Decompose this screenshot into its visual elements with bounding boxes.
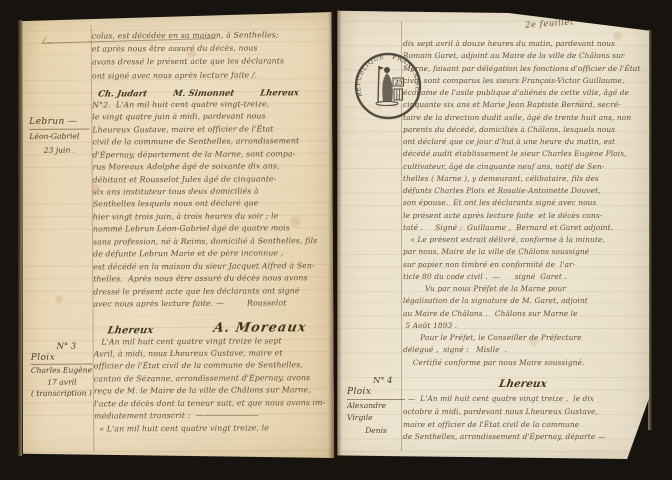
margin-surname: Ploix (31, 352, 93, 365)
act-entry-3-ploix-transcription: L'An mil huit cent quatre vingt treize l… (94, 335, 331, 436)
manuscript-line: ont déclaré que ce jour d'hui à une heur… (403, 136, 643, 148)
manuscript-line: « L'an mil huit cent quatre vingt treize… (94, 422, 330, 436)
manuscript-line: taire de la direction dudit asile, âgé d… (403, 112, 643, 124)
manuscript-line: défunts Charles Ploix et Rosalie-Antoine… (403, 185, 643, 197)
svg-text:c: c (396, 95, 399, 101)
manuscript-line: thelles ( Marne ), y demeurant, célibata… (403, 173, 643, 185)
manuscript-line: Pour le Préfet, le Conseiller de Préfect… (403, 332, 643, 344)
margin-annotation: ( transcription ) (31, 388, 93, 400)
manuscript-line: délégué , signé : Mislle . (403, 344, 643, 356)
manuscript-line: le présent acte après lecture faite et l… (403, 210, 643, 222)
binding-gutter-shadow (328, 8, 342, 460)
manuscript-line: son épouse. Et ont les déclarants signé … (403, 197, 643, 209)
manuscript-line: civil de la commune de Senthelles, arron… (92, 135, 328, 149)
manuscript-line: l'acte de décès dont la teneur suit, et … (94, 397, 330, 411)
manuscript-line: Certifié conforme par nous Maire soussig… (403, 357, 643, 369)
act-entry-3-continuation: dix sept avril à douze heures du matin, … (403, 38, 643, 369)
manuscript-line: thelles. Après nous être assuré du décès… (93, 272, 329, 286)
signature: Ch. Judart (97, 89, 148, 99)
manuscript-line: légalisation de la signature de M. Garet… (403, 295, 643, 307)
manuscript-line: maire et officier de l'État civil de la … (403, 419, 643, 432)
signature: A. Moreaux (212, 320, 308, 336)
signature-row: Lhereux A. Moreaux (93, 310, 329, 336)
manuscript-line: décédé audit établissement le sieur Char… (403, 148, 643, 160)
manuscript-line: ticle 80 du code civil . — signé Garet . (403, 271, 643, 283)
manuscript-line: sur papier non timbré en conformité de l… (403, 259, 643, 271)
manuscript-line: parents du décédé, domiciliés à Châlons,… (403, 124, 643, 136)
margin-note-lebrun: Lebrun — Léon-Gabriel 23 juin . (29, 115, 89, 158)
act-entry-end: colas, est décédée en sa maison, à Senth… (92, 28, 328, 82)
manuscript-line: dix sept avril à douze heures du matin, … (403, 38, 643, 50)
signature: Lhereux (107, 325, 154, 336)
manuscript-line: cultivateur, âgé de cinquante neuf ans, … (403, 161, 643, 173)
manuscript-line: octobre à midi, pardevant nous Lheureux … (403, 406, 643, 419)
signature: Lhereux (259, 88, 299, 98)
right-page-text-column: dix sept avril à douze heures du matin, … (403, 38, 643, 444)
manuscript-line: Marne, faisant par délégation les foncti… (403, 63, 643, 75)
signature-row: Lhereux (403, 371, 643, 390)
manuscript-line: par nous, Maire de la ville de Châlons s… (403, 246, 643, 258)
margin-given-name: Charles Eugène (31, 365, 93, 377)
margin-surname: Ploix (347, 386, 405, 399)
margin-given-name: Léon-Gabriel (29, 130, 89, 144)
manuscript-line: reçu de M. le Maire de la ville de Châlo… (94, 384, 330, 398)
manuscript-line: au Maire de Châlons . Châlons sur Marne … (403, 308, 643, 320)
manuscript-line: « Le présent extrait délivré, conforme à… (403, 234, 643, 246)
folio-annotation: 2e feuillet (525, 17, 574, 30)
manuscript-line: sans profession, né à Reims, domicilié à… (93, 235, 329, 249)
margin-date: 23 juin . (29, 144, 89, 158)
act-entry-4-ploix: — L'An mil huit cent quatre vingt treize… (403, 393, 643, 445)
signature: M. Simonnet (172, 88, 235, 98)
manuscript-line: dressé le présent acte que les déclarant… (93, 285, 329, 299)
register-page-right: 2e feuillet RÉPUBLIQUE FRANÇAISE 25 c N°… (337, 9, 649, 459)
left-page-text-column: colas, est décédée en sa maison, à Senth… (92, 28, 330, 436)
register-page-left: Lebrun — Léon-Gabriel 23 juin . N° 3 Plo… (20, 12, 335, 460)
act-number: N° 3 (31, 341, 93, 353)
manuscript-line: 5 Août 1893 . (403, 320, 643, 332)
svg-text:RÉPUBLIQUE: RÉPUBLIQUE (354, 54, 385, 98)
manuscript-line: d'Épernay, département de la Marne, sont… (92, 148, 328, 162)
svg-text:25: 25 (395, 80, 403, 87)
manuscript-line: économe de l'asile publique d'aliénés de… (403, 87, 643, 99)
manuscript-line: Vu par nous Préfet de la Marne pour (403, 283, 643, 295)
margin-note-ploix-3: N° 3 Ploix Charles Eugène 17 avril ( tra… (31, 341, 93, 400)
signature-row: Ch. Judart M. Simonnet Lhereux (92, 81, 328, 99)
manuscript-line: — L'An mil huit cent quatre vingt treize… (403, 393, 643, 406)
manuscript-line: civil, sont comparus les sieurs François… (403, 75, 643, 87)
manuscript-line: cinquante six ans et Marie Jean Baptiste… (403, 99, 643, 111)
manuscript-line: Romain Garet, adjoint au Maire de la vil… (403, 50, 643, 62)
margin-given-name-2: Denis (347, 425, 405, 437)
signature: Lhereux (498, 378, 548, 390)
margin-surname: Lebrun — (29, 115, 89, 130)
act-number: N° 4 (347, 374, 405, 386)
manuscript-line: taté . Signé : Guillaume , Bernard et Ga… (403, 222, 643, 234)
margin-given-name: Alexandre Virgile (347, 400, 405, 425)
manuscript-line: de Senthelles, arrondissement d'Épernay,… (403, 431, 643, 444)
scanned-register-photo: Lebrun — Léon-Gabriel 23 juin . N° 3 Plo… (0, 0, 672, 480)
margin-note-ploix-4: N° 4 Ploix Alexandre Virgile Denis (347, 374, 405, 437)
act-entry-2-lebrun: N°2. L'An mil huit cent quatre vingt-tre… (92, 98, 329, 311)
margin-date: 17 avril (31, 376, 93, 388)
page-stack-edge-left (18, 20, 22, 456)
